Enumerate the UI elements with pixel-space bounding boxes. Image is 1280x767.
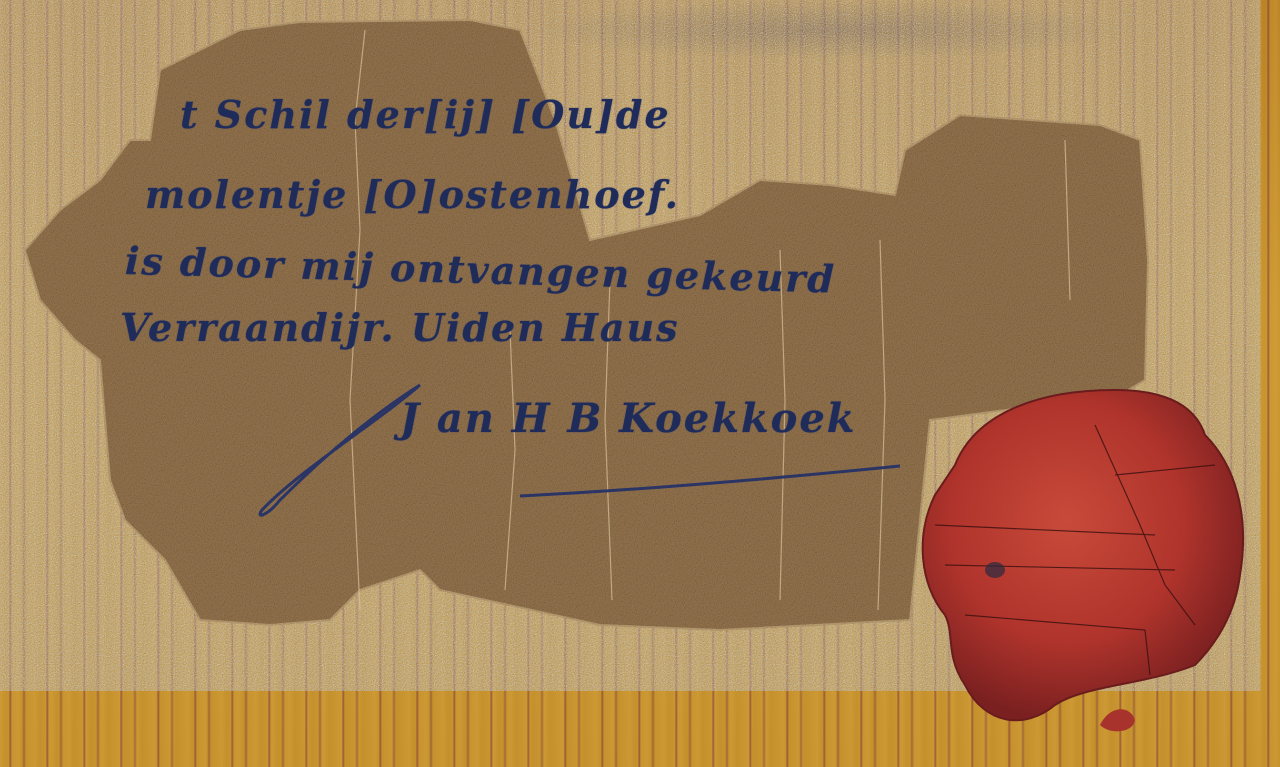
signature: J an H B Koekkoek	[400, 395, 857, 442]
label-line-2: molentje [O]ostenhoef.	[145, 172, 680, 217]
label-line-4: Verraandijr. Uiden Haus	[120, 305, 680, 350]
wax-seal	[915, 385, 1250, 735]
label-line-1: t Schil der[ij] [Ou]de	[180, 92, 671, 137]
